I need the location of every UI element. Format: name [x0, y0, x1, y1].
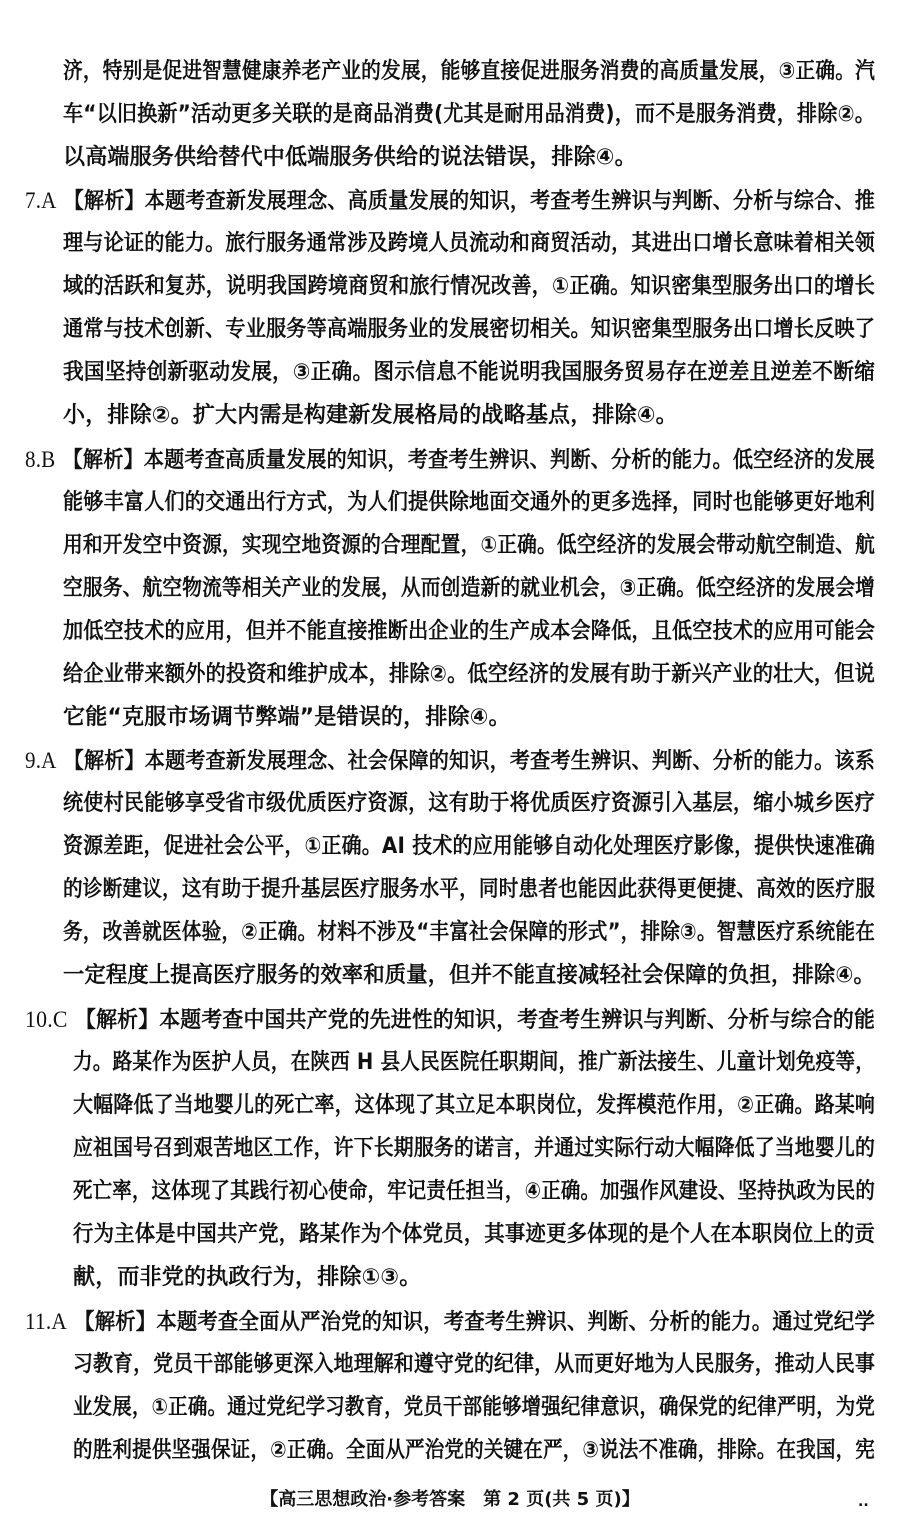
text-line: 力。路某作为医护人员，在陕西 H 县人民医院任职期间，推广新法接生、儿童计划免疫… — [73, 1048, 875, 1078]
text-line: 一定程度上提高医疗服务的效率和质量，但并不能直接减轻社会保障的负担，排除④。 — [63, 961, 875, 991]
analysis-first-line: 【解析】本题考查全面从严治党的知识，考查考生辨识、判断、分析的能力。通过党纪学 — [74, 1310, 875, 1335]
text-line: 加低空技术的应用，但并不能直接推断出企业的生产成本会降低，且低空技术的应用可能会 — [63, 617, 875, 647]
text-line: 务，改善就医体验，②正确。材料不涉及“丰富社会保障的形式”，排除③。智慧医疗系统… — [63, 918, 875, 948]
footer-mark: .. — [858, 1494, 869, 1510]
text-line: 空服务、航空物流等相关产业的发展，从而创造新的就业机会，③正确。低空经济的发展会… — [63, 574, 875, 604]
text-line: 行为主体是中国共产党，路某作为个体党员，其事迹更多体现的是个人在本职岗位上的贡 — [73, 1220, 875, 1250]
item-heading-line: 11.A 【解析】本题考查全面从严治党的知识，考查考生辨识、判断、分析的能力。通… — [25, 1307, 875, 1337]
question-number: 9. — [25, 748, 41, 773]
item-heading-line: 9.A 【解析】本题考查新发展理念、社会保障的知识，考查考生辨识、判断、分析的能… — [25, 746, 875, 776]
answer-key-page: 济，特别是促进智慧健康养老产业的发展，能够直接促进服务消费的高质量发展，③正确。… — [0, 0, 900, 1524]
answer-letter: C — [53, 1007, 68, 1032]
text-line: 应祖国号召到艰苦地区工作，许下长期服务的诺言，并通过实际行动大幅降低了当地婴儿的 — [73, 1134, 875, 1164]
question-number: 8. — [25, 447, 41, 472]
text-line: 统使村民能够享受省市级优质医疗资源，这有助于将优质医疗资源引入基层，缩小城乡医疗 — [63, 789, 875, 819]
text-line: 济，特别是促进智慧健康养老产业的发展，能够直接促进服务消费的高质量发展，③正确。… — [63, 57, 875, 87]
analysis-first-line: 【解析】本题考查新发展理念、高质量发展的知识，考查考生辨识与判断、分析与综合、推 — [64, 189, 875, 214]
answer-letter: B — [41, 447, 55, 472]
analysis-first-line: 【解析】本题考查中国共产党的先进性的知识，考查考生辨识与判断、分析与综合的能 — [75, 1008, 875, 1033]
answer-letter: A — [51, 1309, 67, 1334]
text-line: 通常与技术创新、专业服务等高端服务业的发展密切相关。知识密集型服务出口增长反映了 — [63, 315, 875, 345]
text-line: 小，排除②。扩大内需是构建新发展格局的战略基点，排除④。 — [63, 401, 875, 431]
answer-letter: A — [41, 748, 56, 773]
text-line: 我国坚持创新驱动发展，③正确。图示信息不能说明我国服务贸易存在逆差且逆差不断缩 — [63, 358, 875, 388]
text-line: 献，而非党的执政行为，排除①③。 — [73, 1263, 875, 1293]
text-line: 资源差距，促进社会公平，①正确。AI 技术的应用能够自动化处理医疗影像，提供快速… — [63, 832, 875, 862]
text-line: 以高端服务供给替代中低端服务供给的说法错误，排除④。 — [63, 143, 875, 173]
page-footer: 【高三思想政治·参考答案 第 2 页(共 5 页)】 — [0, 1488, 900, 1512]
text-line: 死亡率，这体现了其践行初心使命，牢记责任担当，④正确。加强作风建设、坚持执政为民… — [73, 1177, 875, 1207]
text-line: 域的活跃和复苏，说明我国跨境商贸和旅行情况改善，①正确。知识密集型服务出口的增长 — [63, 272, 875, 302]
text-line: 车“以旧换新”活动更多关联的是商品消费(尤其是耐用品消费)，而不是服务消费，排除… — [63, 100, 875, 130]
text-line: 的胜利提供坚强保证，②正确。全面从严治党的关键在严，③说法不准确，排除。在我国，… — [73, 1436, 875, 1466]
analysis-first-line: 【解析】本题考查高质量发展的知识，考查考生辨识、判断、分析的能力。低空经济的发展 — [63, 448, 875, 473]
item-heading-line: 7.A 【解析】本题考查新发展理念、高质量发展的知识，考查考生辨识与判断、分析与… — [25, 186, 875, 216]
question-number: 7. — [25, 188, 41, 213]
text-line: 给企业带来额外的投资和维护成本，排除②。低空经济的发展有助于新兴产业的壮大，但说 — [63, 660, 875, 690]
text-line: 理与论证的能力。旅行服务通常涉及跨境人员流动和商贸活动，其进出口增长意味着相关领 — [63, 229, 875, 259]
text-line: 能够丰富人们的交通出行方式，为人们提供除地面交通外的更多选择，同时也能够更好地利 — [63, 488, 875, 518]
answer-letter: A — [41, 188, 56, 213]
item-heading-line: 10.C 【解析】本题考查中国共产党的先进性的知识，考查考生辨识与判断、分析与综… — [25, 1005, 875, 1035]
item-heading-line: 8.B 【解析】本题考查高质量发展的知识，考查考生辨识、判断、分析的能力。低空经… — [25, 445, 875, 475]
text-line: 它能“克服市场调节弊端”是错误的，排除④。 — [63, 703, 875, 733]
analysis-first-line: 【解析】本题考查新发展理念、社会保障的知识，考查考生辨识、判断、分析的能力。该系 — [64, 749, 875, 774]
text-line: 大幅降低了当地婴儿的死亡率，这体现了其立足本职岗位，发挥模范作用，②正确。路某响 — [73, 1091, 875, 1121]
text-line: 用和开发空中资源，实现空地资源的合理配置，①正确。低空经济的发展会带动航空制造、… — [63, 531, 875, 561]
question-number: 10. — [25, 1007, 53, 1032]
text-line: 的诊断建议，这有助于提升基层医疗服务水平，同时患者也能因此获得更便捷、高效的医疗… — [63, 875, 875, 905]
text-line: 习教育，党员干部能够更深入地理解和遵守党的纪律，从而更好地为人民服务，推动人民事 — [73, 1350, 875, 1380]
question-number: 11. — [25, 1309, 51, 1334]
text-line: 业发展，①正确。通过党纪学习教育，党员干部能够增强纪律意识，确保党的纪律严明，为… — [73, 1393, 875, 1423]
